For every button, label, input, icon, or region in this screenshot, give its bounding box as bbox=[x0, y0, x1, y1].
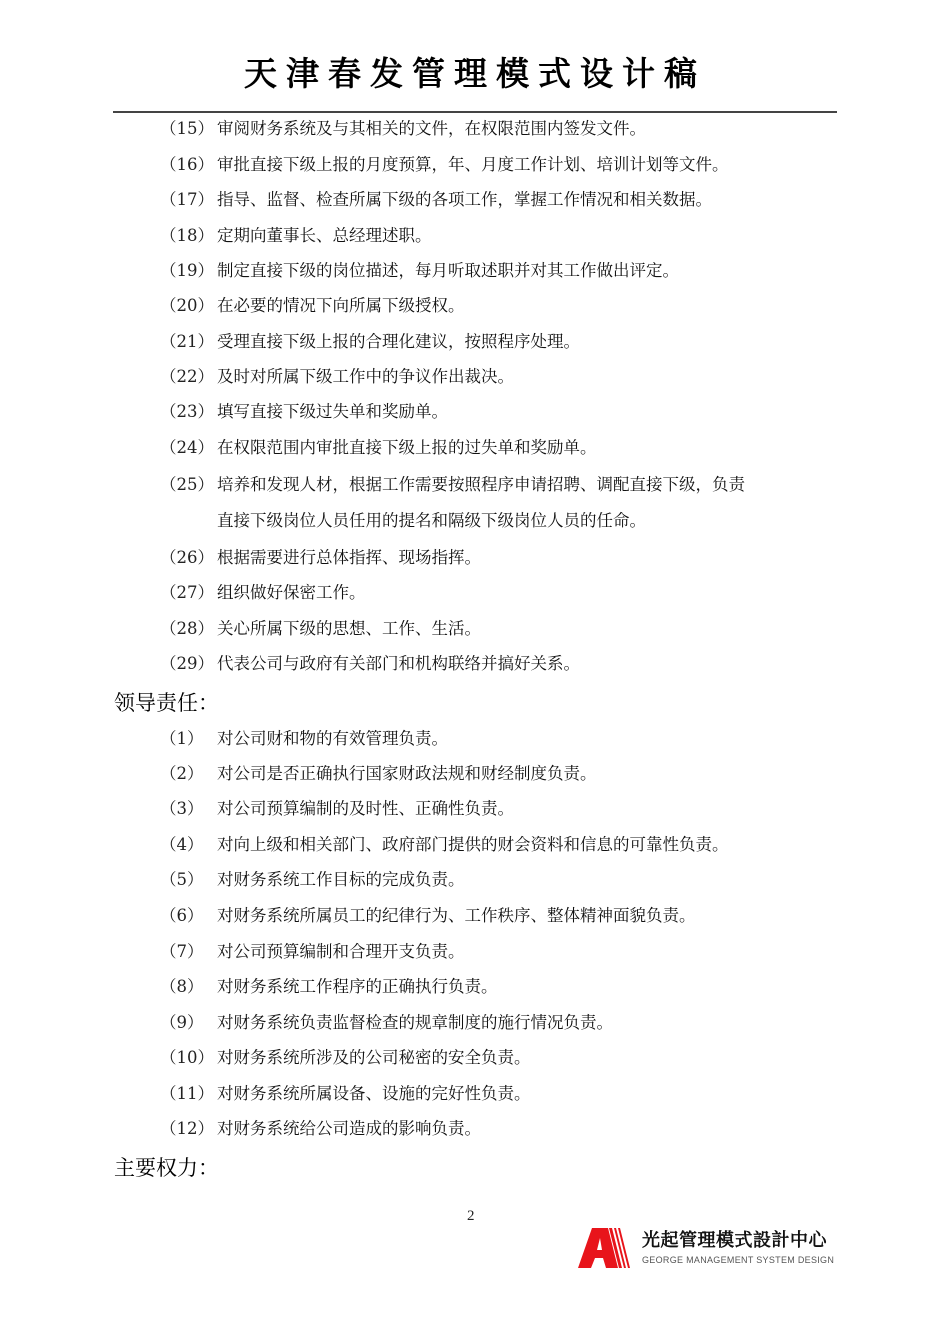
item-text: 受理直接下级上报的合理化建议，按照程序处理。 bbox=[217, 324, 580, 360]
item-number: （15） bbox=[160, 111, 214, 147]
item-text: 在必要的情况下向所属下级授权。 bbox=[217, 288, 465, 324]
item-number: （3） bbox=[160, 791, 204, 827]
item-text: 对公司预算编制的及时性、正确性负责。 bbox=[217, 791, 514, 827]
item-text: 对向上级和相关部门、政府部门提供的财会资料和信息的可靠性负责。 bbox=[217, 827, 729, 863]
item-number: （21） bbox=[160, 324, 214, 360]
item-text: 对财务系统负责监督检查的规章制度的施行情况负责。 bbox=[217, 1005, 613, 1041]
section-heading-main-powers: 主要权力： bbox=[114, 1153, 219, 1183]
item-text: 对财务系统给公司造成的影响负责。 bbox=[217, 1111, 481, 1147]
item-text: 对财务系统工作目标的完成负责。 bbox=[217, 862, 465, 898]
company-logo: 光起管理模式設計中心 GEORGE MANAGEMENT SYSTEM DESI… bbox=[578, 1228, 848, 1270]
item-text: 根据需要进行总体指挥、现场指挥。 bbox=[217, 540, 481, 576]
item-number: （10） bbox=[160, 1040, 214, 1076]
item-number: （4） bbox=[160, 827, 204, 863]
item-text: 培养和发现人材，根据工作需要按照程序申请招聘、调配直接下级，负责 bbox=[217, 467, 745, 503]
page-number: 2 bbox=[467, 1208, 475, 1225]
item-text: 定期向董事长、总经理述职。 bbox=[217, 218, 432, 254]
item-number: （19） bbox=[160, 253, 214, 289]
item-number: （6） bbox=[160, 898, 204, 934]
item-number: （12） bbox=[160, 1111, 214, 1147]
item-text-continuation: 直接下级岗位人员任用的提名和隔级下级岗位人员的任命。 bbox=[217, 503, 646, 539]
item-number: （2） bbox=[160, 756, 204, 792]
item-number: （26） bbox=[160, 540, 214, 576]
item-number: （11） bbox=[160, 1076, 214, 1112]
item-number: （29） bbox=[160, 646, 214, 682]
logo-chinese-name: 光起管理模式設計中心 bbox=[642, 1230, 827, 1252]
item-text: 对财务系统工作程序的正确执行负责。 bbox=[217, 969, 498, 1005]
item-text: 对公司财和物的有效管理负责。 bbox=[217, 721, 448, 757]
item-text: 关心所属下级的思想、工作、生活。 bbox=[217, 611, 481, 647]
logo-english-name: GEORGE MANAGEMENT SYSTEM DESIGN bbox=[642, 1255, 834, 1265]
item-text: 及时对所属下级工作中的争议作出裁决。 bbox=[217, 359, 514, 395]
item-text: 审阅财务系统及与其相关的文件，在权限范围内签发文件。 bbox=[217, 111, 646, 147]
item-number: （7） bbox=[160, 934, 204, 970]
item-number: （28） bbox=[160, 611, 214, 647]
item-number: （23） bbox=[160, 394, 214, 430]
item-number: （17） bbox=[160, 182, 214, 218]
item-number: （8） bbox=[160, 969, 204, 1005]
item-text: 对公司预算编制和合理开支负责。 bbox=[217, 934, 465, 970]
item-text: 指导、监督、检查所属下级的各项工作，掌握工作情况和相关数据。 bbox=[217, 182, 712, 218]
item-text: 组织做好保密工作。 bbox=[217, 575, 366, 611]
item-number: （18） bbox=[160, 218, 214, 254]
section-heading-leadership-responsibility: 领导责任： bbox=[114, 688, 219, 718]
item-number: （25） bbox=[160, 467, 214, 503]
item-number: （27） bbox=[160, 575, 214, 611]
logo-a-mark-icon bbox=[578, 1228, 632, 1268]
item-text: 填写直接下级过失单和奖励单。 bbox=[217, 394, 448, 430]
item-text: 对财务系统所属设备、设施的完好性负责。 bbox=[217, 1076, 531, 1112]
item-text: 代表公司与政府有关部门和机构联络并搞好关系。 bbox=[217, 646, 580, 682]
item-number: （20） bbox=[160, 288, 214, 324]
document-title: 天津春发管理模式设计稿 bbox=[0, 52, 950, 96]
item-text: 对公司是否正确执行国家财政法规和财经制度负责。 bbox=[217, 756, 597, 792]
item-text: 对财务系统所涉及的公司秘密的安全负责。 bbox=[217, 1040, 531, 1076]
item-number: （22） bbox=[160, 359, 214, 395]
item-number: （9） bbox=[160, 1005, 204, 1041]
item-text: 审批直接下级上报的月度预算，年、月度工作计划、培训计划等文件。 bbox=[217, 147, 729, 183]
item-number: （1） bbox=[160, 721, 204, 757]
item-number: （16） bbox=[160, 147, 214, 183]
item-number: （24） bbox=[160, 430, 214, 466]
item-text: 在权限范围内审批直接下级上报的过失单和奖励单。 bbox=[217, 430, 597, 466]
item-number: （5） bbox=[160, 862, 204, 898]
item-text: 对财务系统所属员工的纪律行为、工作秩序、整体精神面貌负责。 bbox=[217, 898, 696, 934]
item-text: 制定直接下级的岗位描述，每月听取述职并对其工作做出评定。 bbox=[217, 253, 679, 289]
